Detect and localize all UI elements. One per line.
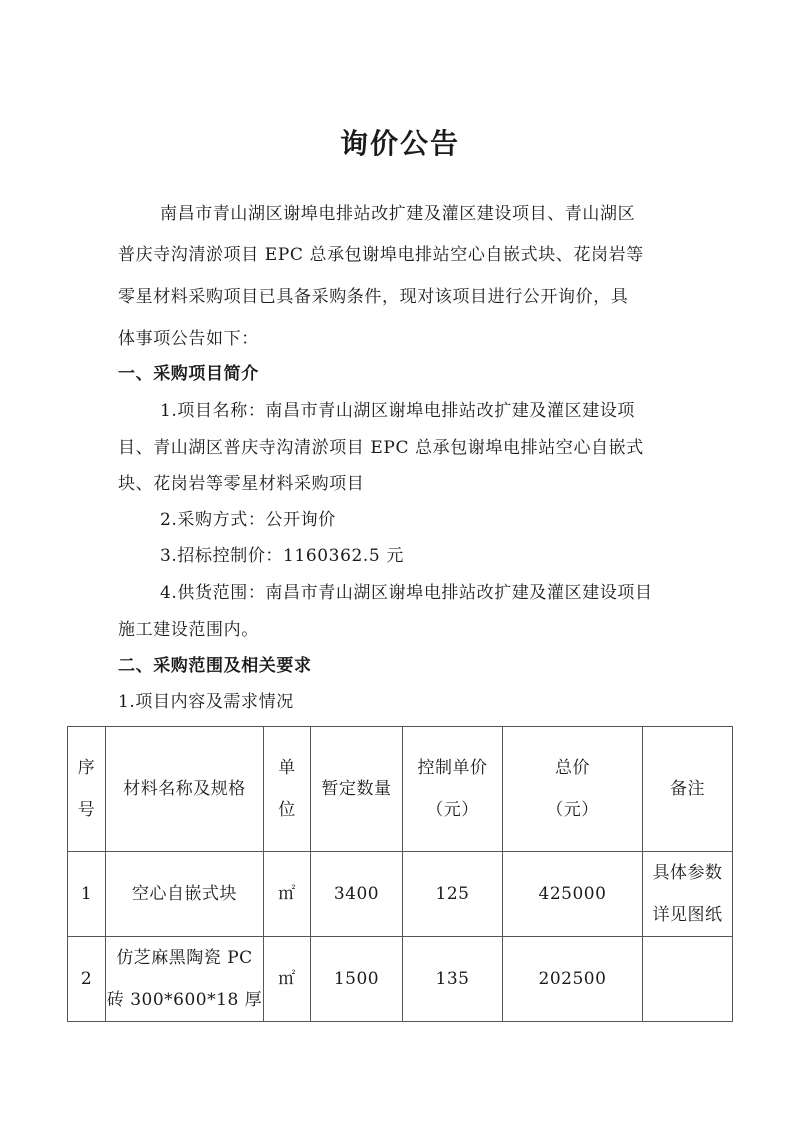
cell-total: 202500: [503, 937, 643, 1022]
item-4-line-2: 施工建设范围内。: [118, 618, 259, 642]
intro-line-2: 普庆寺沟清淤项目 EPC 总承包谢埠电排站空心自嵌式块、花岗岩等: [118, 243, 644, 267]
item-1-line-1: 1.项目名称：南昌市青山湖区谢埠电排站改扩建及灌区建设项: [160, 399, 635, 423]
cell-name-line-2: 砖 300*600*18 厚: [107, 979, 262, 1021]
item-1-line-2: 目、青山湖区普庆寺沟清淤项目 EPC 总承包谢埠电排站空心自嵌式: [118, 436, 644, 460]
header-unit: 单 位: [264, 727, 311, 852]
intro-line-4: 体事项公告如下：: [118, 327, 259, 351]
cell-remark-line-2: 详见图纸: [653, 894, 723, 936]
cell-qty: 1500: [311, 937, 403, 1022]
header-qty: 暂定数量: [311, 727, 403, 852]
table-header-row: 序 号 材料名称及规格 单 位 暂定数量 控制单价 （元） 总价: [68, 727, 733, 852]
header-unit-price-line-1: 控制单价: [418, 747, 488, 789]
section-2-heading: 二、采购范围及相关要求: [118, 654, 312, 678]
cell-name: 空心自嵌式块: [106, 852, 264, 937]
document-page: 询价公告 南昌市青山湖区谢埠电排站改扩建及灌区建设项目、青山湖区 普庆寺沟清淤项…: [0, 0, 800, 1131]
document-title: 询价公告: [0, 124, 800, 164]
header-seq-line-2: 号: [78, 789, 96, 831]
cell-seq: 2: [68, 937, 106, 1022]
header-unit-line-2: 位: [278, 789, 296, 831]
section-2-subheading: 1.项目内容及需求情况: [118, 690, 294, 714]
item-1-line-3: 块、花岗岩等零星材料采购项目: [118, 472, 364, 496]
cell-seq: 1: [68, 852, 106, 937]
cell-name: 仿芝麻黑陶瓷 PC 砖 300*600*18 厚: [106, 937, 264, 1022]
header-unit-price-line-2: （元）: [418, 789, 488, 831]
header-total-line-1: 总价: [546, 747, 599, 789]
materials-table: 序 号 材料名称及规格 单 位 暂定数量 控制单价 （元） 总价: [67, 726, 733, 1022]
header-unit-price: 控制单价 （元）: [403, 727, 503, 852]
cell-qty: 3400: [311, 852, 403, 937]
cell-remark: [643, 937, 733, 1022]
cell-total: 425000: [503, 852, 643, 937]
header-seq-line-1: 序: [78, 747, 96, 789]
intro-line-1: 南昌市青山湖区谢埠电排站改扩建及灌区建设项目、青山湖区: [160, 202, 635, 226]
header-name: 材料名称及规格: [106, 727, 264, 852]
item-3-control-price: 3.招标控制价：1160362.5 元: [160, 544, 404, 568]
header-seq: 序 号: [68, 727, 106, 852]
cell-unit-price: 125: [403, 852, 503, 937]
intro-line-3: 零星材料采购项目已具备采购条件，现对该项目进行公开询价，具: [118, 285, 628, 309]
section-1-heading: 一、采购项目简介: [118, 362, 259, 386]
header-remark: 备注: [643, 727, 733, 852]
header-unit-line-1: 单: [278, 747, 296, 789]
cell-remark: 具体参数 详见图纸: [643, 852, 733, 937]
cell-unit: ㎡: [264, 937, 311, 1022]
cell-unit-price: 135: [403, 937, 503, 1022]
cell-name-line-1: 仿芝麻黑陶瓷 PC: [107, 937, 262, 979]
header-total-line-2: （元）: [546, 789, 599, 831]
table-row: 1 空心自嵌式块 ㎡ 3400 125 425000 具体参数 详见图纸: [68, 852, 733, 937]
table-row: 2 仿芝麻黑陶瓷 PC 砖 300*600*18 厚 ㎡ 1500 135 20…: [68, 937, 733, 1022]
cell-remark-line-1: 具体参数: [653, 852, 723, 894]
cell-unit: ㎡: [264, 852, 311, 937]
header-total: 总价 （元）: [503, 727, 643, 852]
item-2-procurement-method: 2.采购方式：公开询价: [160, 508, 336, 532]
item-4-line-1: 4.供货范围：南昌市青山湖区谢埠电排站改扩建及灌区建设项目: [160, 581, 653, 605]
